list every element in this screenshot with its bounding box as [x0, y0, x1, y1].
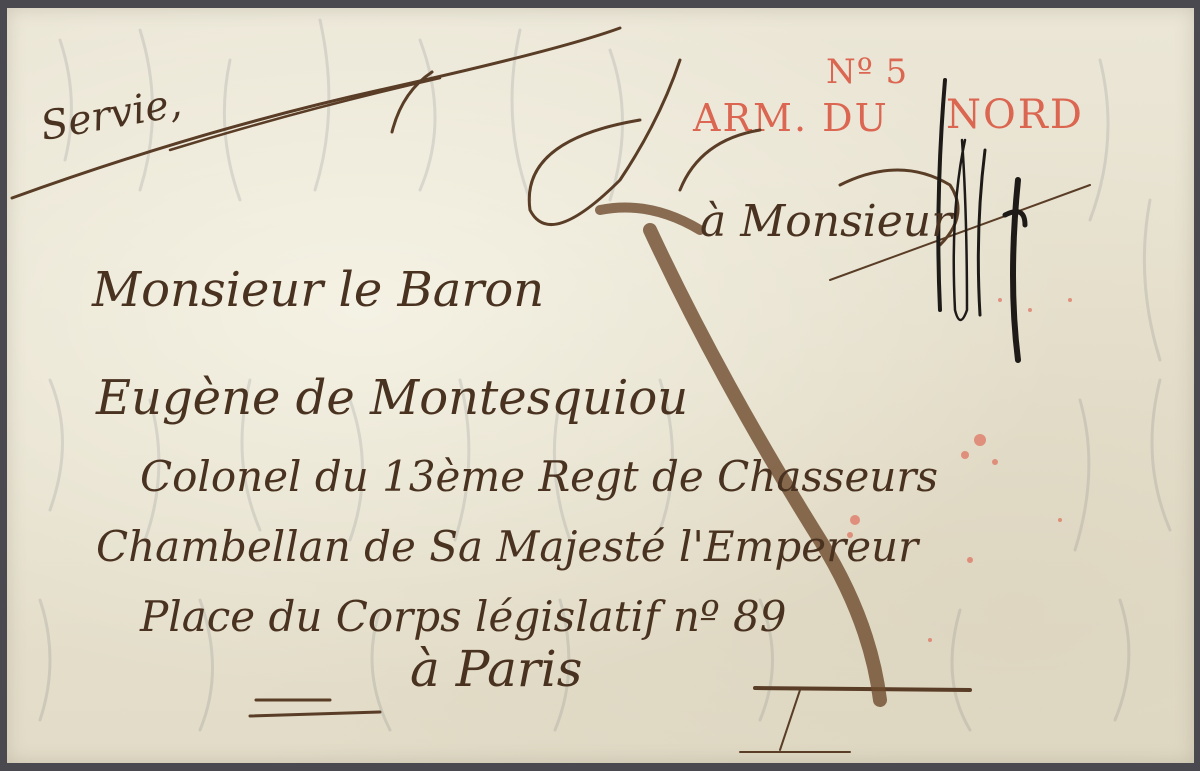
address-line-5: Chambellan de Sa Majesté l'Empereur [96, 522, 918, 571]
address-line-1: à Monsieur [700, 196, 952, 247]
address-line-7: à Paris [410, 640, 582, 698]
address-line-3: Eugène de Montesquiou [96, 370, 688, 426]
address-line-4: Colonel du 13ème Regt de Chasseurs [140, 452, 938, 501]
address-line-2: Monsieur le Baron [92, 262, 544, 318]
address-line-6: Place du Corps législatif nº 89 [140, 592, 786, 641]
